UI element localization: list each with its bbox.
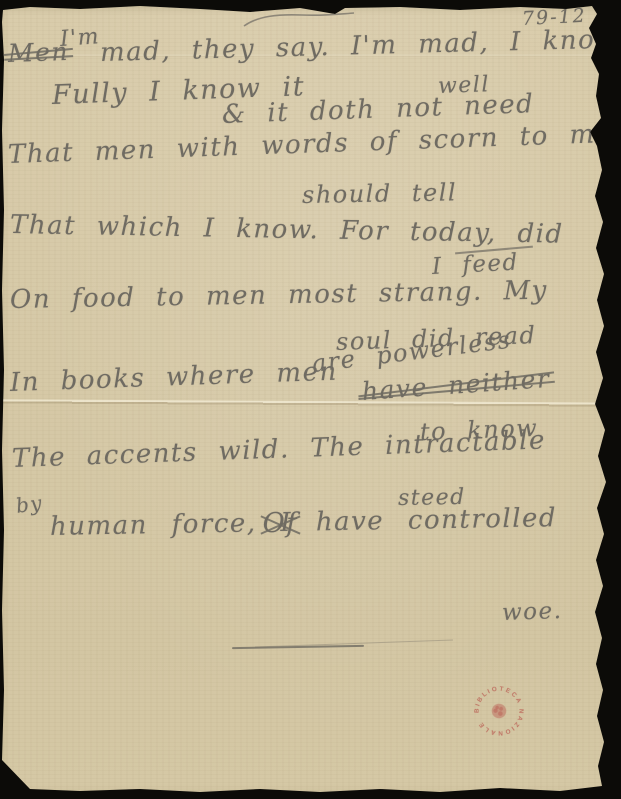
- line-1: mad, they say. I'm mad, I know it: [100, 23, 621, 68]
- line-7: The accents wild. The intractable: [11, 425, 546, 474]
- library-stamp: BIBLIOTECA NAZIONALE: [460, 672, 538, 750]
- line-4: That which I know. For today, did: [10, 210, 564, 250]
- paper-crease-middle: [0, 399, 621, 407]
- line-5: On food to men most strang. My: [10, 276, 548, 315]
- pencil-rule-faint: [255, 640, 453, 648]
- line-3-inserted-phrase: should tell: [302, 178, 458, 209]
- line-6: In books where men: [9, 357, 338, 398]
- line-8: human force, I have controlled: [50, 503, 558, 542]
- pencil-rule-dark: [232, 645, 364, 649]
- line-1-inserted-word: I'm: [59, 24, 101, 52]
- stamp-emblem: [489, 701, 509, 721]
- line-8-inserted-word: by: [14, 490, 44, 518]
- manuscript-paper: 79-12 Men I'm mad, they say. I'm mad, I …: [0, 0, 621, 799]
- scanned-manuscript-page: 79-12 Men I'm mad, they say. I'm mad, I …: [0, 0, 621, 799]
- line-9-word: woe.: [502, 598, 563, 626]
- line-6-struck-phrase: have neither: [361, 364, 551, 406]
- pencil-stroke: [240, 8, 360, 32]
